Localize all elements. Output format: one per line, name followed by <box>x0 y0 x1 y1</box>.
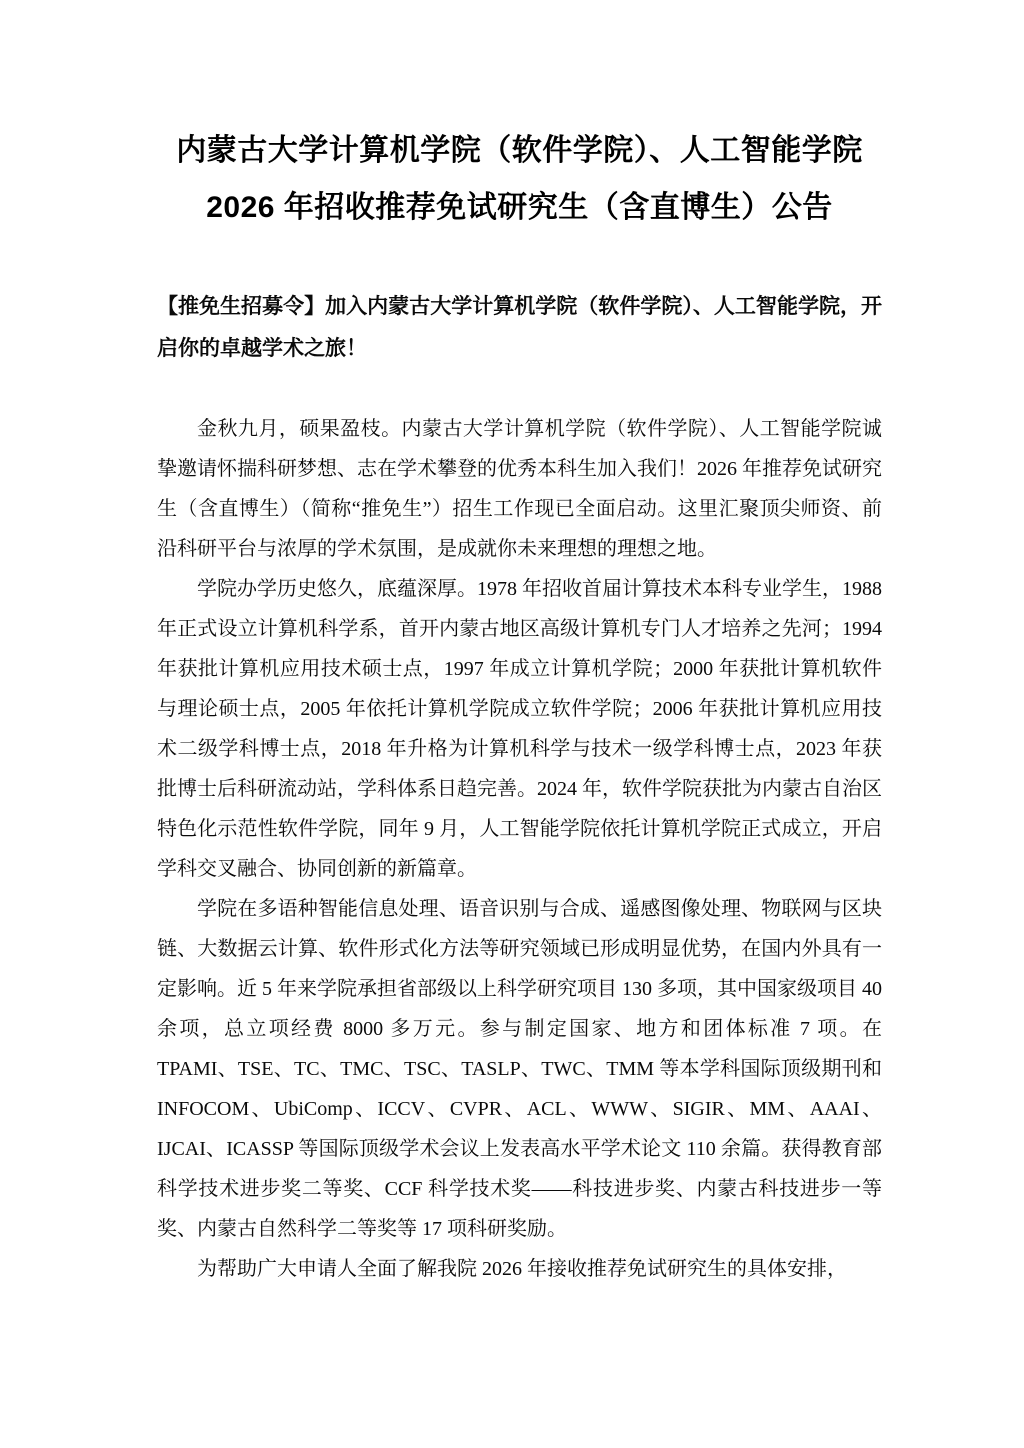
document-body: 金秋九月，硕果盈枝。内蒙古大学计算机学院（软件学院）、人工智能学院诚挚邀请怀揣科… <box>157 409 882 1289</box>
title-line-1: 内蒙古大学计算机学院（软件学院）、人工智能学院 <box>157 122 882 179</box>
paragraph-research: 学院在多语种智能信息处理、语音识别与合成、遥感图像处理、物联网与区块链、大数据云… <box>157 889 882 1249</box>
lead-paragraph: 【推免生招募令】加入内蒙古大学计算机学院（软件学院）、人工智能学院，开启你的卓越… <box>157 285 882 369</box>
paragraph-history: 学院办学历史悠久，底蕴深厚。1978 年招收首届计算技术本科专业学生，1988 … <box>157 569 882 889</box>
paragraph-closing: 为帮助广大申请人全面了解我院 2026 年接收推荐免试研究生的具体安排， <box>157 1249 882 1289</box>
document-page: 内蒙古大学计算机学院（软件学院）、人工智能学院 2026 年招收推荐免试研究生（… <box>0 0 1024 1448</box>
title-line-2: 2026 年招收推荐免试研究生（含直博生）公告 <box>157 179 882 236</box>
paragraph-intro: 金秋九月，硕果盈枝。内蒙古大学计算机学院（软件学院）、人工智能学院诚挚邀请怀揣科… <box>157 409 882 569</box>
page-title: 内蒙古大学计算机学院（软件学院）、人工智能学院 2026 年招收推荐免试研究生（… <box>157 122 882 236</box>
